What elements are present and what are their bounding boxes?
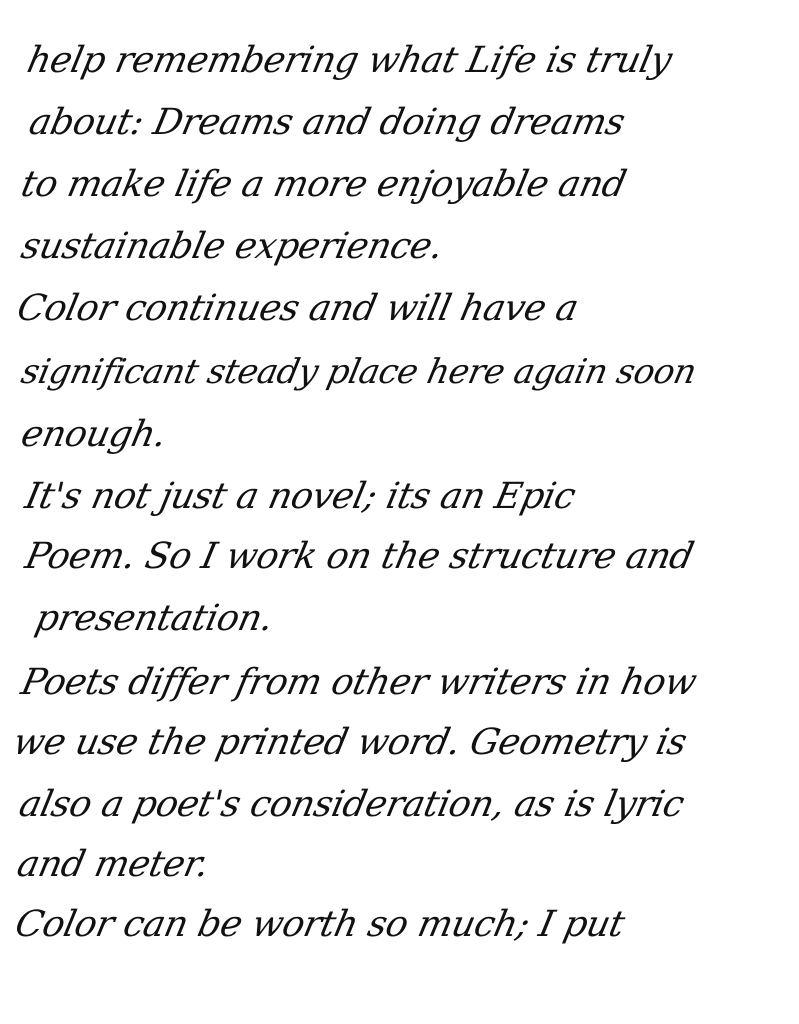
text-line: sustainable experience. bbox=[18, 226, 447, 267]
text-line: Color continues and will have a bbox=[14, 288, 582, 329]
text-line: and meter. bbox=[14, 844, 213, 885]
text-line: about: Dreams and doing dreams bbox=[26, 102, 629, 143]
text-line: Poets differ from other writers in how bbox=[18, 662, 700, 703]
text-line: It's not just a novel; its an Epic bbox=[22, 476, 579, 517]
text-line: presentation. bbox=[32, 598, 277, 639]
text-line: significant steady place here again soon bbox=[18, 352, 700, 392]
handwritten-page: help remembering what Life is truly abou… bbox=[0, 0, 799, 1024]
text-line: Color can be worth so much; I put bbox=[12, 904, 628, 945]
text-line: we use the printed word. Geometry is bbox=[10, 722, 691, 763]
text-line: Poem. So I work on the structure and bbox=[22, 536, 697, 577]
text-line: also a poet's consideration, as is lyric bbox=[16, 784, 688, 825]
text-line: enough. bbox=[18, 414, 170, 455]
text-line: help remembering what Life is truly bbox=[24, 40, 676, 81]
text-line: to make life a more enjoyable and bbox=[18, 164, 630, 205]
